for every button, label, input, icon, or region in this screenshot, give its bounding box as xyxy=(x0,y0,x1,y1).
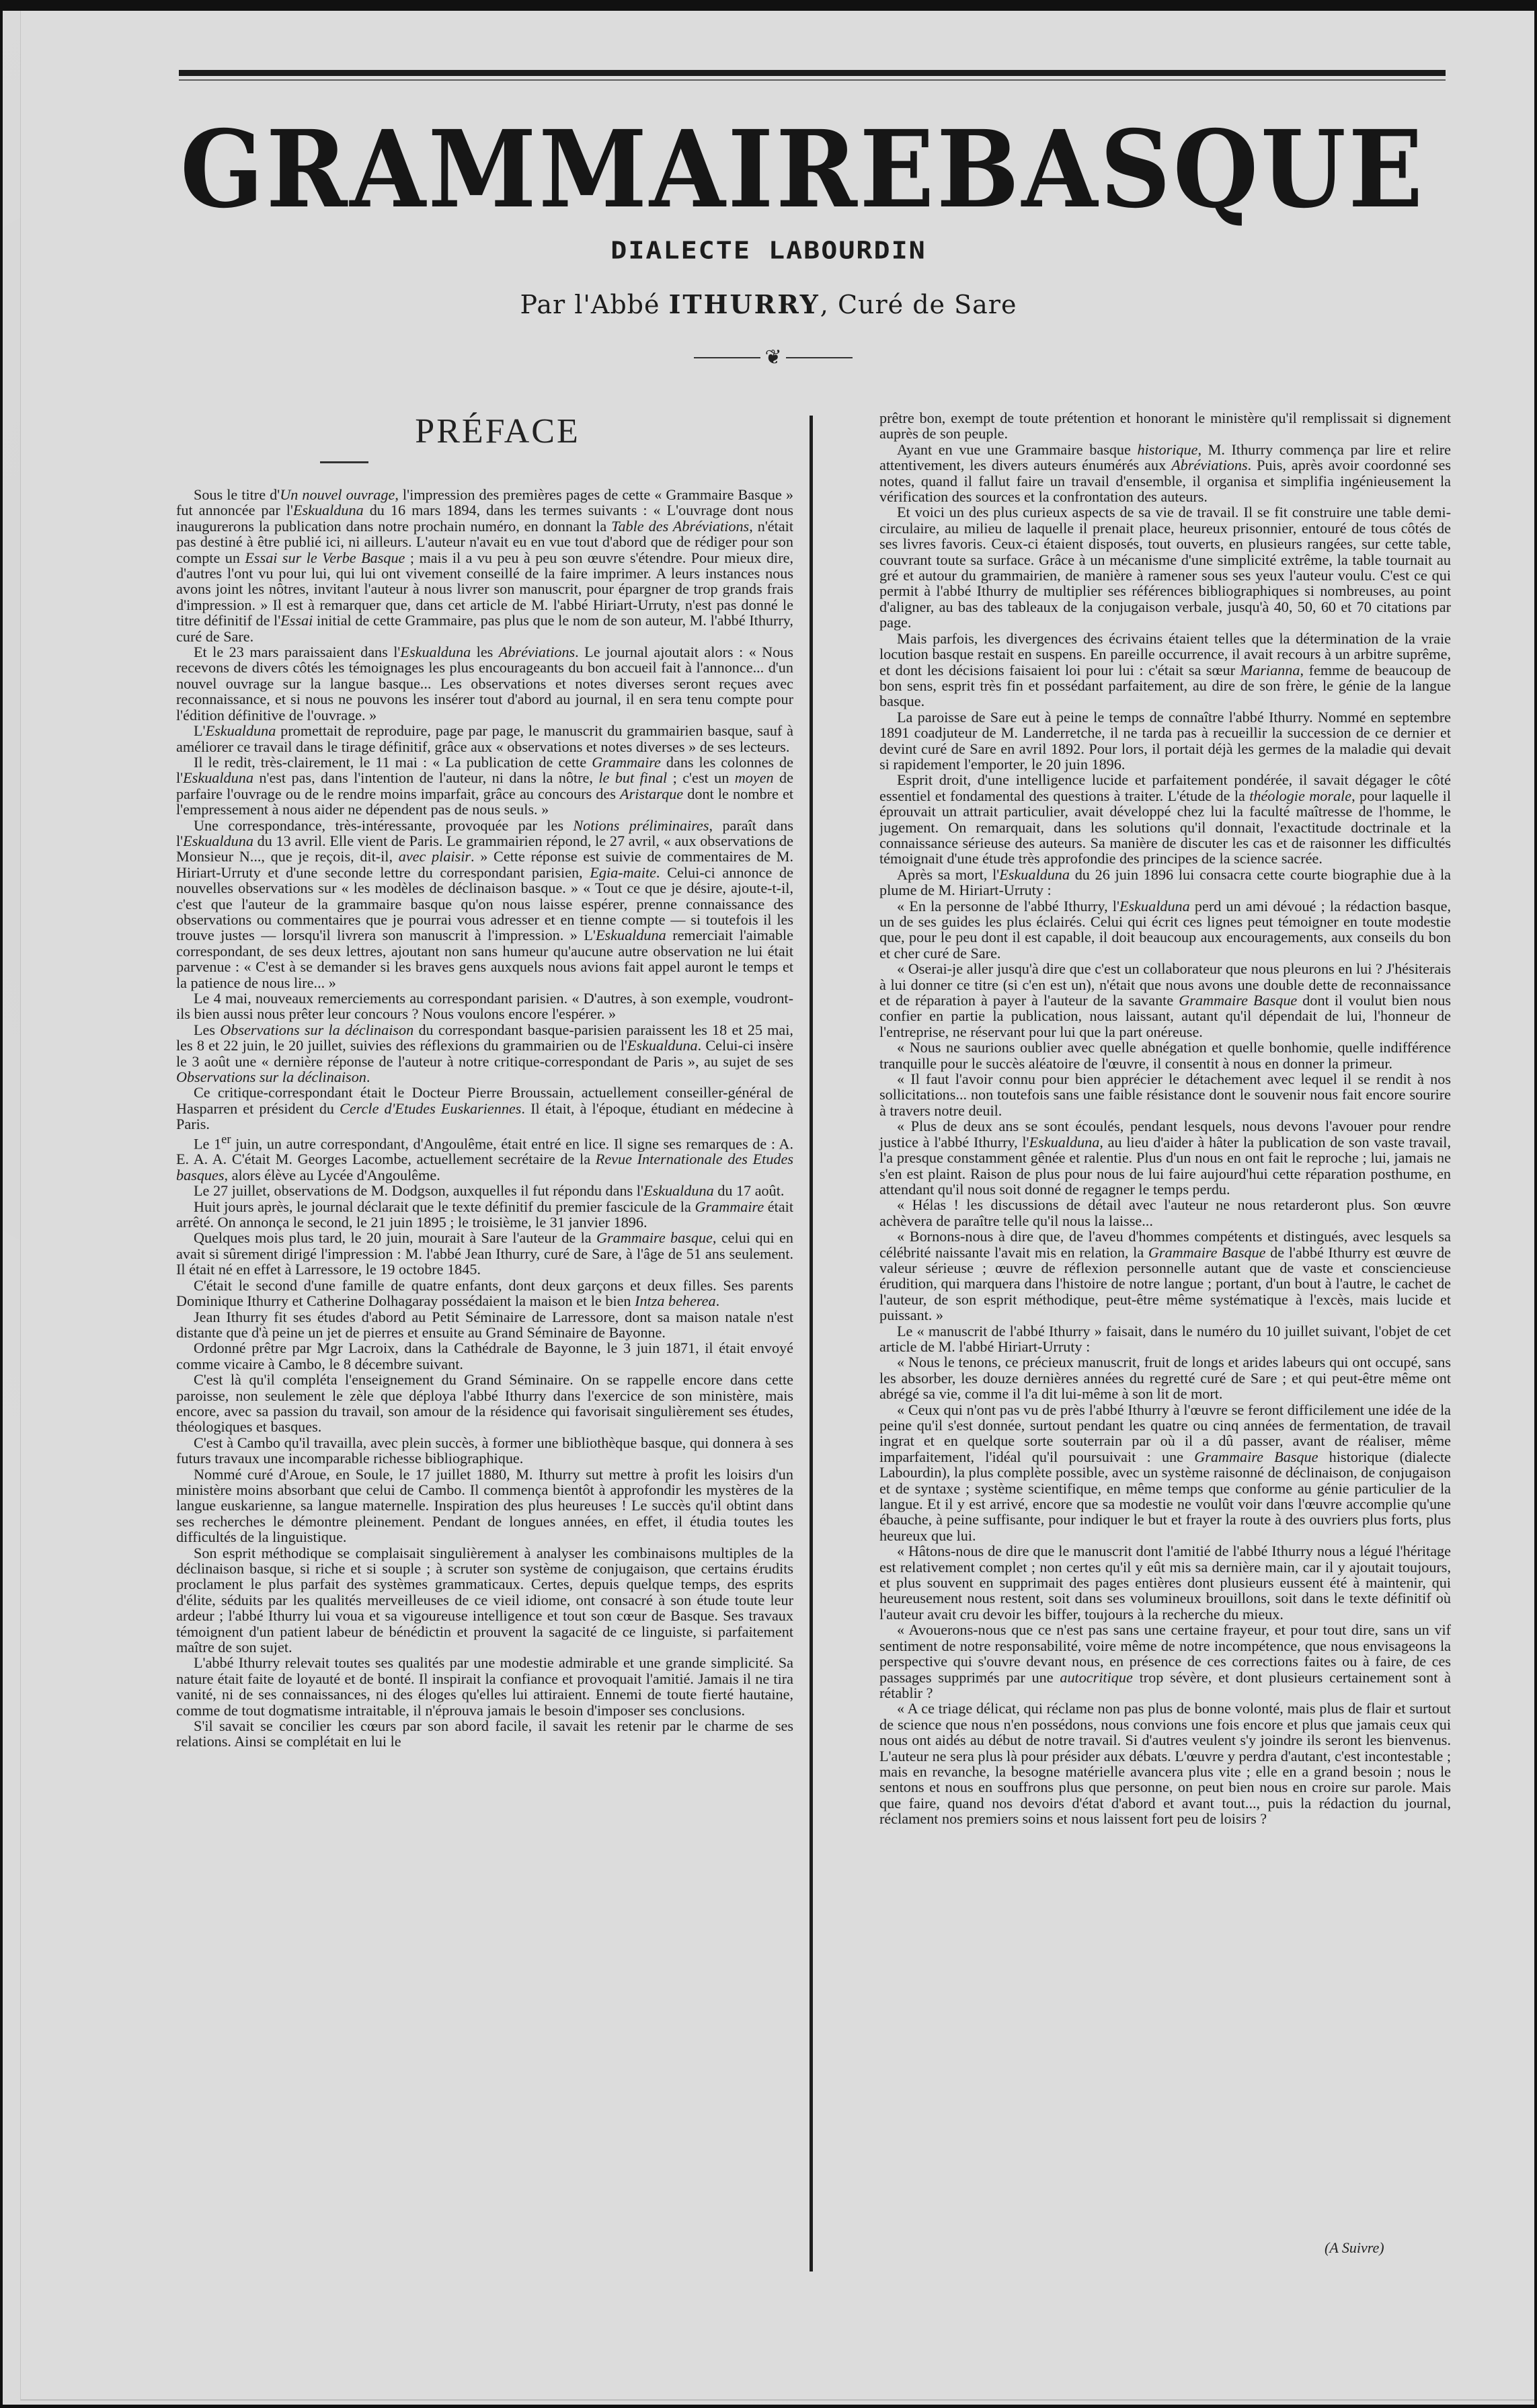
paragraph: « Oserai-je aller jusqu'à dire que c'est… xyxy=(879,961,1451,1040)
paragraph: « Hélas ! les discussions de détail avec… xyxy=(879,1197,1451,1229)
section-title-preface: PRÉFACE xyxy=(202,412,793,451)
paragraph: Son esprit méthodique se complaisait sin… xyxy=(176,1545,793,1656)
section-title-underline xyxy=(320,461,368,463)
paragraph: L'Eskualduna promettait de reproduire, p… xyxy=(176,723,793,754)
paragraph: « Avouerons-nous que ce n'est pas sans u… xyxy=(879,1622,1451,1701)
paragraph: Le 1er juin, un autre correspondant, d'A… xyxy=(176,1132,793,1183)
column-divider xyxy=(810,416,813,2271)
paragraph: S'il savait se concilier les cœurs par s… xyxy=(176,1718,793,1750)
paragraph: Nommé curé d'Aroue, en Soule, le 17 juil… xyxy=(176,1467,793,1545)
paragraph: Mais parfois, les divergences des écriva… xyxy=(879,631,1451,709)
title-word-basque: BASQUE xyxy=(937,117,1425,223)
paragraph: Le « manuscrit de l'abbé Ithurry » faisa… xyxy=(879,1323,1451,1355)
fleuron-icon: ❦ xyxy=(760,348,785,368)
paragraph: Ayant en vue une Grammaire basque histor… xyxy=(879,442,1451,505)
byline-suffix: , Curé de Sare xyxy=(820,290,1017,319)
masthead-subtitle: DIALECTE LABOURDIN xyxy=(0,237,1537,264)
paragraph: Une correspondance, très-intéressante, p… xyxy=(176,818,793,991)
paragraph: C'était le second d'une famille de quatr… xyxy=(176,1278,793,1309)
byline-prefix: Par l'Abbé xyxy=(520,290,660,319)
paragraph: Esprit droit, d'une intelligence lucide … xyxy=(879,772,1451,866)
author-byline: Par l'Abbé ITHURRY, Curé de Sare xyxy=(0,289,1537,319)
paragraph: « Nous le tenons, ce précieux manuscrit,… xyxy=(879,1354,1451,1401)
paragraph: prêtre bon, exempt de toute prétention e… xyxy=(879,410,1451,442)
ornament-divider: ❦ xyxy=(694,348,853,368)
ornament-line-right xyxy=(786,357,853,358)
paragraph: Et voici un des plus curieux aspects de … xyxy=(879,504,1451,630)
paragraph: « Plus de deux ans se sont écoulés, pend… xyxy=(879,1118,1451,1197)
paragraph: C'est là qu'il compléta l'enseignement d… xyxy=(176,1372,793,1435)
paragraph: Le 4 mai, nouveaux remerciements au corr… xyxy=(176,991,793,1022)
paragraph: Jean Ithurry fit ses études d'abord au P… xyxy=(176,1309,793,1341)
paragraph: Les Observations sur la déclinaison du c… xyxy=(176,1022,793,1085)
paragraph: « En la personne de l'abbé Ithurry, l'Es… xyxy=(879,898,1451,962)
byline-author-name: ITHURRY xyxy=(669,289,820,319)
paragraph: Ce critique-correspondant était le Docte… xyxy=(176,1085,793,1132)
masthead-top-rule xyxy=(179,70,1446,76)
paragraph: C'est à Cambo qu'il travailla, avec plei… xyxy=(176,1435,793,1467)
paragraph: La paroisse de Sare eut à peine le temps… xyxy=(879,709,1451,773)
paragraph: Ordonné prêtre par Mgr Lacroix, dans la … xyxy=(176,1340,793,1372)
title-word-grammaire: GRAMMAIRE xyxy=(180,117,937,223)
paragraph: « Il faut l'avoir connu pour bien appréc… xyxy=(879,1071,1451,1118)
paragraph: « A ce triage délicat, qui réclame non p… xyxy=(879,1701,1451,1826)
paragraph: Sous le titre d'Un nouvel ouvrage, l'imp… xyxy=(176,487,793,644)
article-column-left: Sous le titre d'Un nouvel ouvrage, l'imp… xyxy=(176,487,793,1750)
paragraph: Le 27 juillet, observations de M. Dodgso… xyxy=(176,1183,793,1198)
masthead-thin-rule xyxy=(179,79,1446,81)
paragraph: L'abbé Ithurry relevait toutes ses quali… xyxy=(176,1655,793,1718)
paragraph: Après sa mort, l'Eskualduna du 26 juin 1… xyxy=(879,867,1451,898)
paragraph: Il le redit, très-clairement, le 11 mai … xyxy=(176,754,793,818)
paragraph: Huit jours après, le journal déclarait q… xyxy=(176,1199,793,1231)
paragraph: « Bornons-nous à dire que, de l'aveu d'h… xyxy=(879,1229,1451,1323)
paragraph: « Nous ne saurions oublier avec quelle a… xyxy=(879,1040,1451,1071)
paragraph: « Hâtons-nous de dire que le manuscrit d… xyxy=(879,1543,1451,1622)
paragraph: Et le 23 mars paraissaient dans l'Eskual… xyxy=(176,644,793,723)
masthead-title: GRAMMAIRE BASQUE xyxy=(180,113,1345,227)
paragraph: « Ceux qui n'ont pas vu de près l'abbé I… xyxy=(879,1402,1451,1544)
paragraph: Quelques mois plus tard, le 20 juin, mou… xyxy=(176,1230,793,1277)
article-column-right: prêtre bon, exempt de toute prétention e… xyxy=(879,410,1451,1827)
ornament-line-left xyxy=(694,357,760,358)
to-be-continued-note: (A Suivre) xyxy=(1325,2239,1384,2257)
